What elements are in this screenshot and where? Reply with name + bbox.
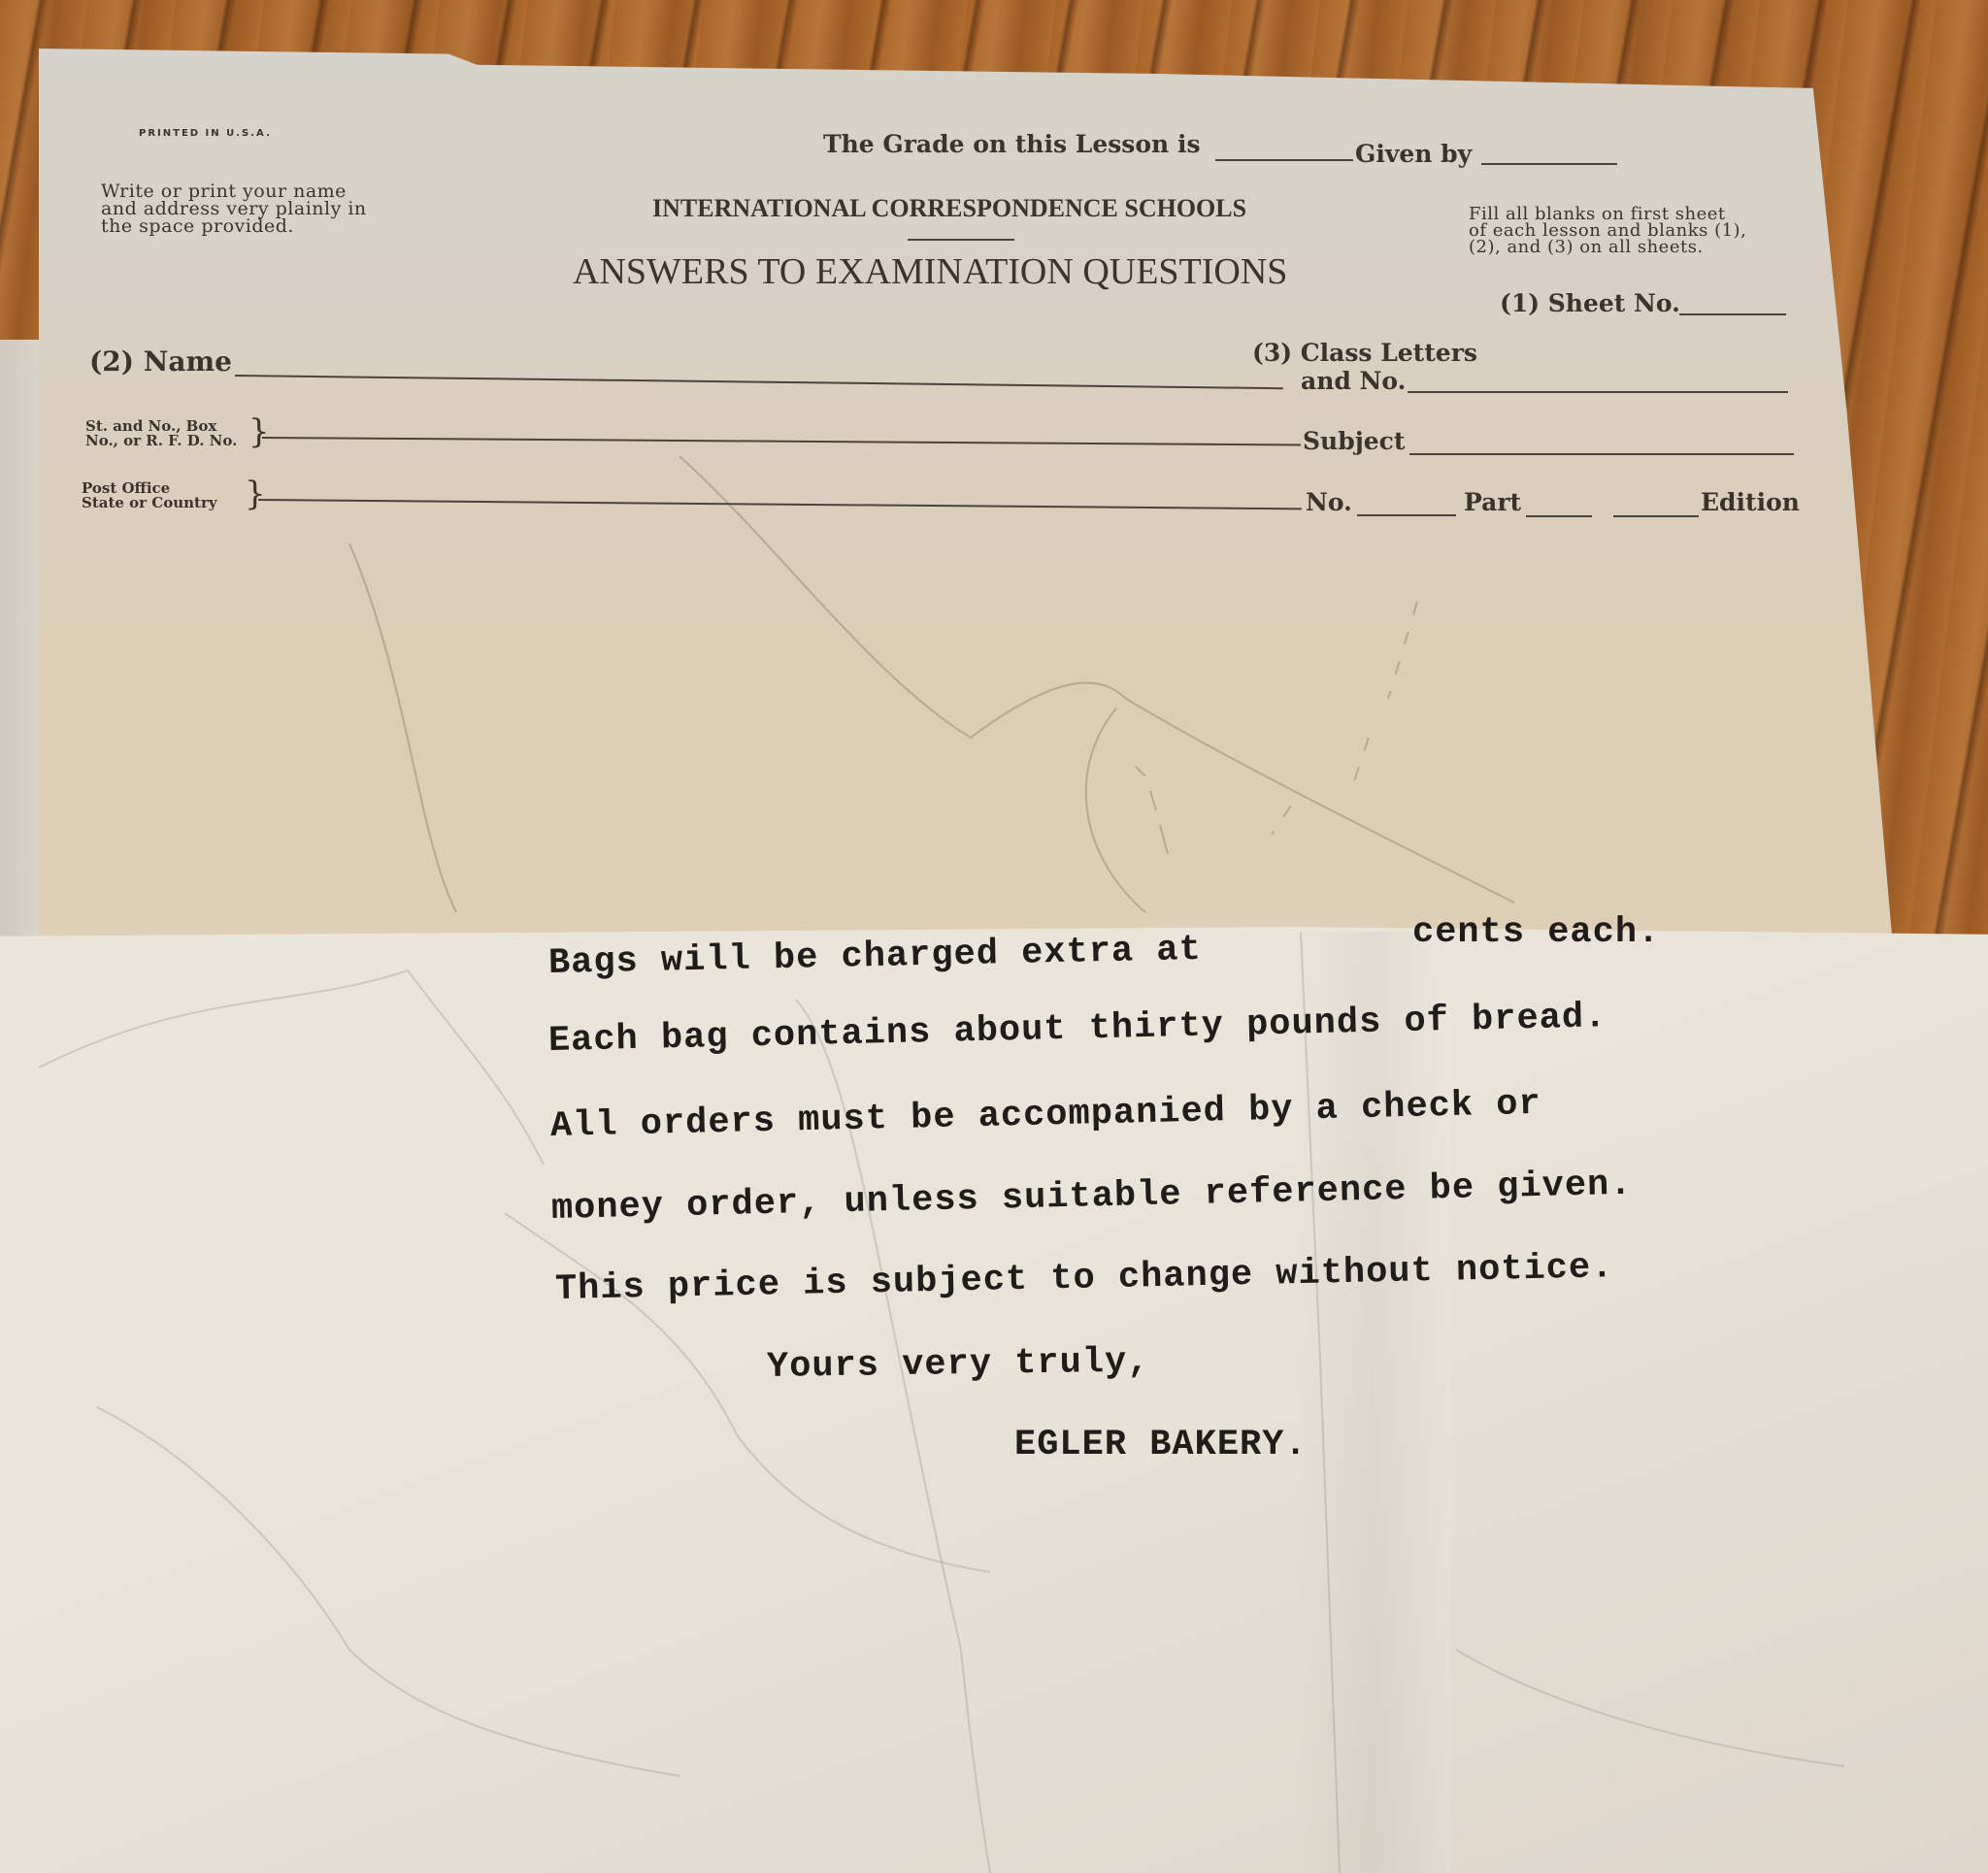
letter-signature: EGLER BAKERY. — [1014, 1425, 1308, 1465]
letter-line-partial-right: cents each. — [1412, 912, 1660, 953]
letter-closing: Yours very truly, — [767, 1341, 1150, 1388]
